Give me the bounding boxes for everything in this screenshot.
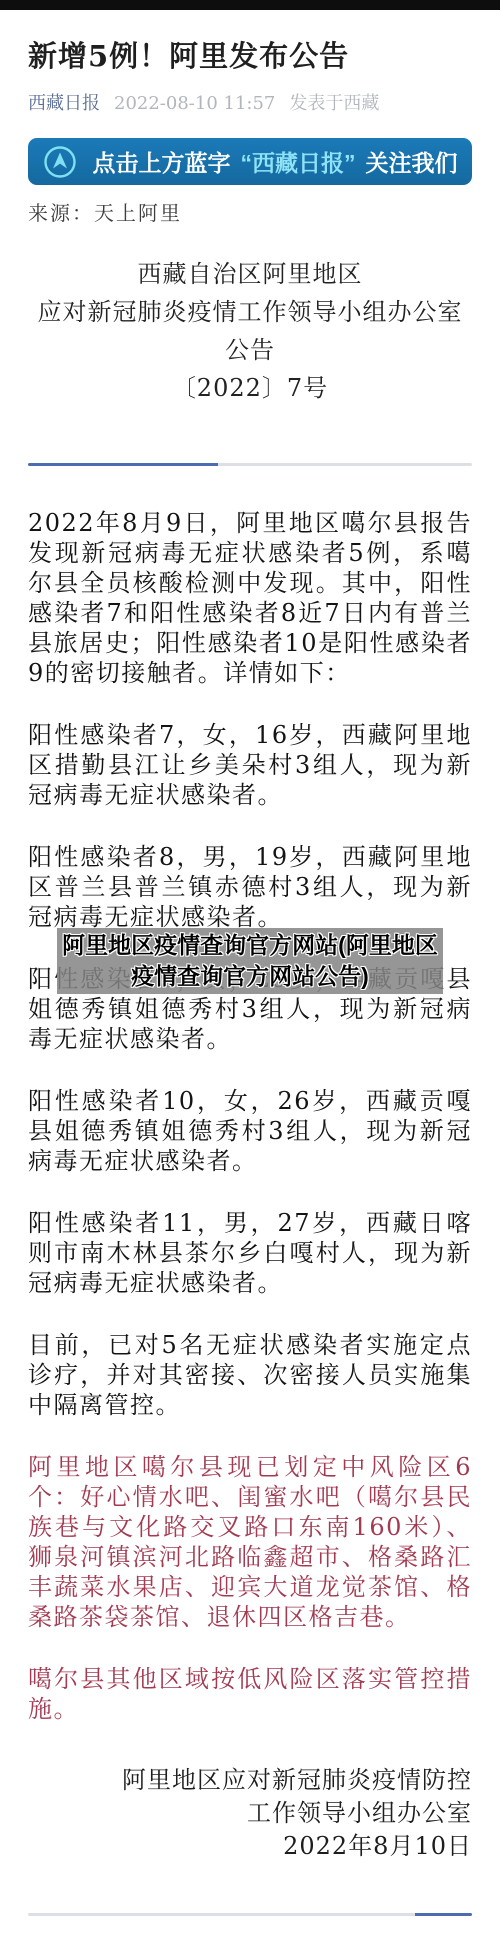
- banner-highlight: “西藏日报”: [241, 145, 356, 178]
- bottom-divider: [28, 1913, 472, 1916]
- document-title-line: 公告: [28, 331, 472, 369]
- article-origin: 来源：天上阿里: [28, 199, 472, 227]
- byline-datetime: 2022-08-10 11:57: [114, 93, 275, 114]
- paragraph-low-risk: 噶尔县其他区域按低风险区落实管控措施。: [28, 1664, 472, 1724]
- signature-line: 阿里地区应对新冠肺炎疫情防控: [28, 1764, 472, 1797]
- document-title-line: 应对新冠肺炎疫情工作领导小组办公室: [28, 293, 472, 331]
- divider-blue-segment: [415, 1913, 472, 1916]
- banner-text-after: 关注我们: [366, 145, 458, 178]
- document-title-line: 〔2022〕7号: [28, 369, 472, 407]
- paragraph: 阳性感染者10，女，26岁，西藏贡嘎县姐德秀镇姐德秀村3组人，现为新冠病毒无症状…: [28, 1086, 472, 1176]
- paragraph: 目前，已对5名无症状感染者实施定点诊疗，并对其密接、次密接人员实施集中隔离管控。: [28, 1330, 472, 1420]
- top-divider: [28, 463, 472, 466]
- follow-banner[interactable]: 点击上方蓝字 “西藏日报” 关注我们: [28, 138, 472, 185]
- banner-text-before: 点击上方蓝字: [93, 145, 231, 178]
- paragraph-risk-zones: 阿里地区噶尔县现已划定中风险区6个：好心情水吧、闺蜜水吧（噶尔县民族巷与文化路交…: [28, 1452, 472, 1632]
- byline-source-link[interactable]: 西藏日报: [28, 93, 100, 114]
- paragraph: 阳性感染者7，女，16岁，西藏阿里地区措勤县江让乡美朵村3组人，现为新冠病毒无症…: [28, 720, 472, 810]
- screenshot-top-strip: [0, 0, 500, 10]
- document-title: 西藏自治区阿里地区 应对新冠肺炎疫情工作领导小组办公室 公告 〔2022〕7号: [28, 255, 472, 407]
- divider-blue-segment: [28, 463, 218, 466]
- arrow-up-circle-icon: [43, 145, 77, 179]
- paragraph: 阳性感染者9，女，29岁，西藏贡嘎县姐德秀镇姐德秀村3组人，现为新冠病毒无症状感…: [28, 964, 472, 1054]
- divider-gray-segment: [28, 1913, 415, 1916]
- article-body: 2022年8月9日，阿里地区噶尔县报告发现新冠病毒无症状感染者5例，系噶尔县全员…: [28, 508, 472, 1724]
- divider-gray-segment: [218, 463, 472, 466]
- signature-line: 2022年8月10日: [28, 1830, 472, 1863]
- byline-location: 发表于西藏: [289, 93, 379, 114]
- paragraph: 2022年8月9日，阿里地区噶尔县报告发现新冠病毒无症状感染者5例，系噶尔县全员…: [28, 508, 472, 688]
- page-title: 新增5例！阿里发布公告: [28, 36, 472, 76]
- byline: 西藏日报2022-08-10 11:57发表于西藏: [28, 92, 472, 116]
- signature-line: 工作领导小组办公室: [28, 1797, 472, 1830]
- paragraph: 阳性感染者8，男，19岁，西藏阿里地区普兰县普兰镇赤德村3组人，现为新冠病毒无症…: [28, 842, 472, 932]
- paragraph: 阳性感染者11，男，27岁，西藏日喀则市南木林县茶尔乡白嘎村人，现为新冠病毒无症…: [28, 1208, 472, 1298]
- document-title-line: 西藏自治区阿里地区: [28, 255, 472, 293]
- signature-block: 阿里地区应对新冠肺炎疫情防控 工作领导小组办公室 2022年8月10日: [28, 1764, 472, 1863]
